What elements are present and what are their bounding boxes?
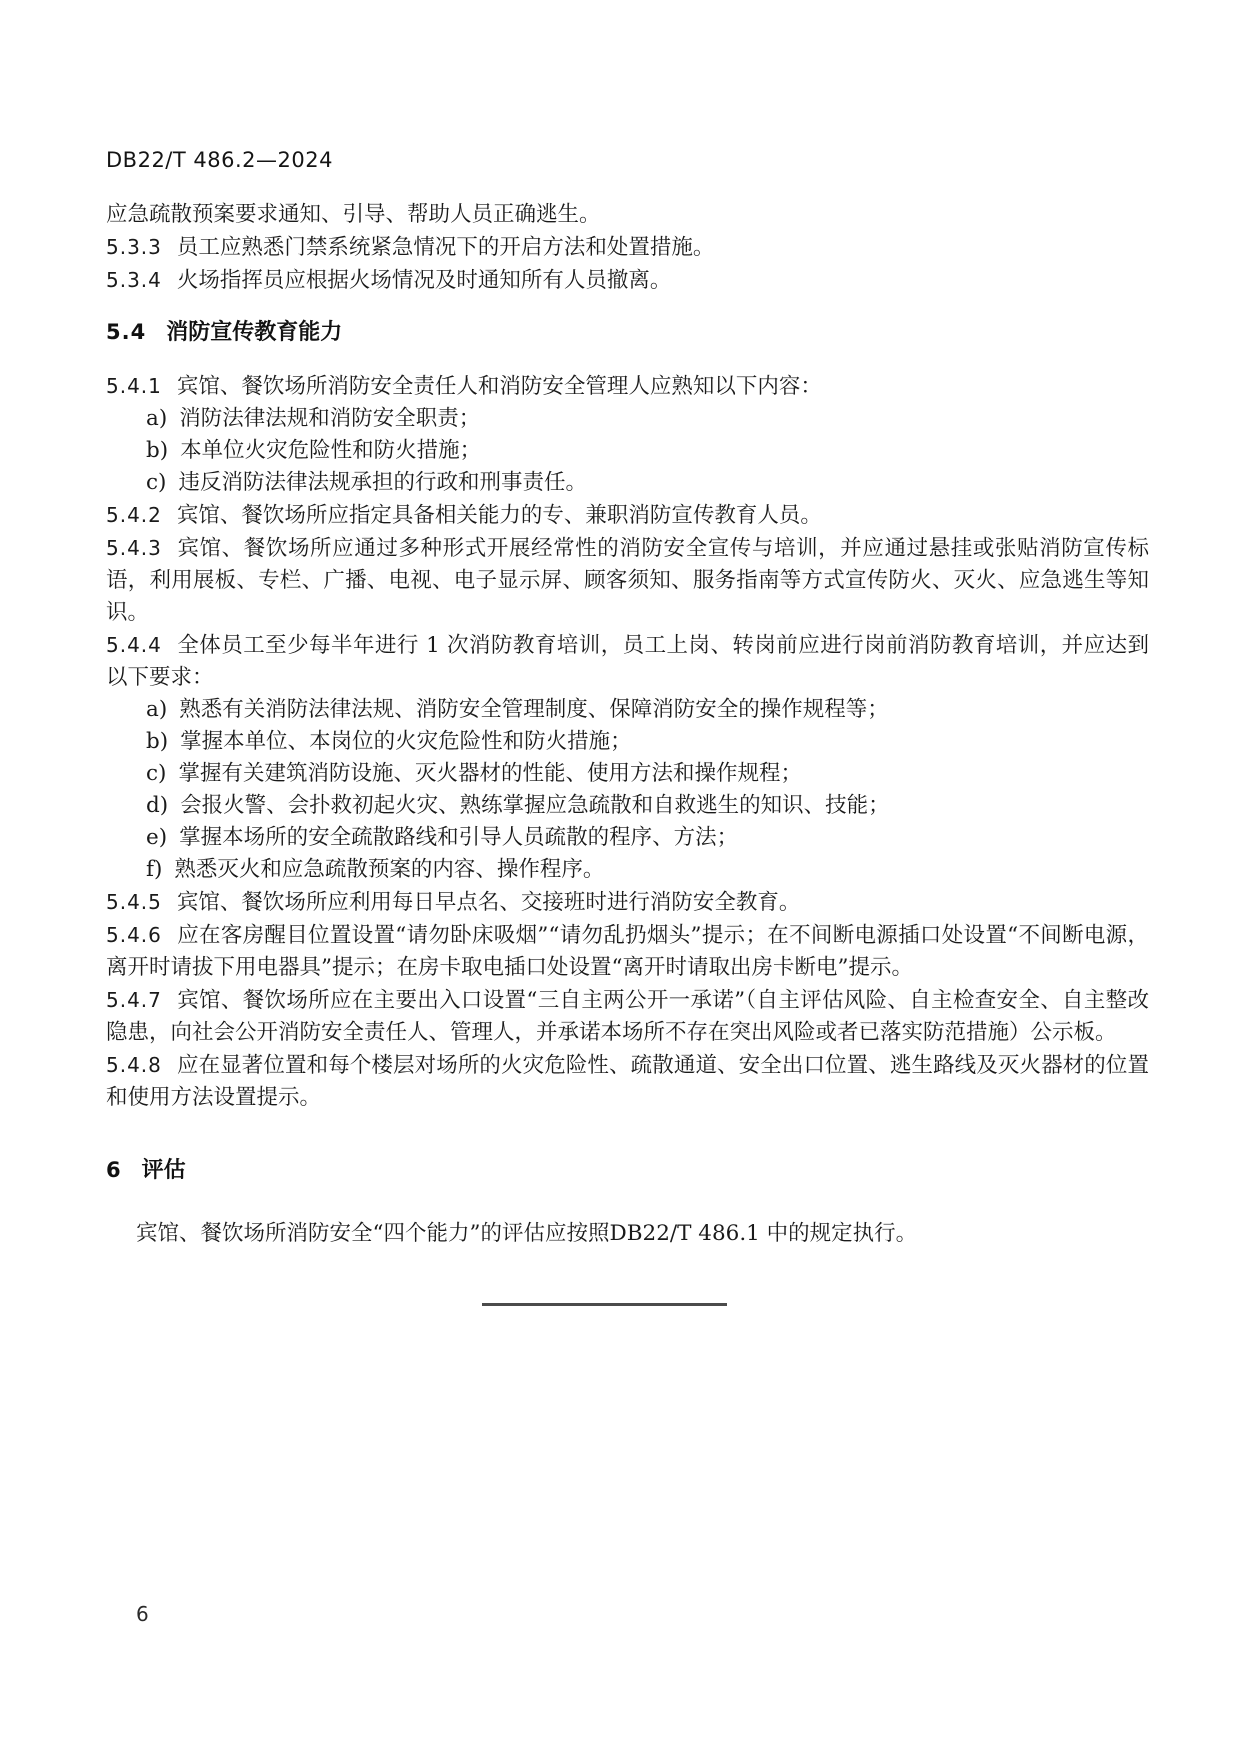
list-item-c: c)掌握有关建筑消防设施、灭火器材的性能、使用方法和操作规程； (106, 758, 1149, 790)
clause-5-4-1: 5.4.1宾馆、餐饮场所消防安全责任人和消防安全管理人应熟知以下内容： (106, 370, 1149, 403)
clause-5-4-8: 5.4.8应在显著位置和每个楼层对场所的火灾危险性、疏散通道、安全出口位置、逃生… (106, 1049, 1149, 1114)
paragraph-continuation: 应急疏散预案要求通知、引导、帮助人员正确逃生。 (106, 199, 1149, 231)
clause-number: 5.4.6 (106, 923, 162, 947)
list-letter: c) (146, 761, 166, 786)
list-letter: e) (146, 825, 167, 850)
list-text: 本单位火灾危险性和防火措施； (180, 438, 481, 463)
section-number: 5.4 (106, 320, 146, 344)
list-letter: a) (146, 406, 167, 431)
list-item-b: b)本单位火灾危险性和防火措施； (106, 435, 1149, 467)
section-number: 6 (106, 1158, 122, 1182)
document-page: DB22/T 486.2—2024 应急疏散预案要求通知、引导、帮助人员正确逃生… (0, 0, 1241, 1754)
list-text: 消防法律法规和消防安全职责； (179, 406, 480, 431)
section-heading-6: 6评估 (106, 1154, 1149, 1187)
list-text: 掌握有关建筑消防设施、灭火器材的性能、使用方法和操作规程； (178, 761, 802, 786)
page-number: 6 (136, 1602, 149, 1626)
list-letter: d) (146, 793, 168, 818)
list-item-a: a)熟悉有关消防法律法规、消防安全管理制度、保障消防安全的操作规程等； (106, 694, 1149, 726)
clause-number: 5.4.1 (106, 374, 162, 398)
list-letter: c) (146, 470, 166, 495)
clause-5-4-3: 5.4.3宾馆、餐饮场所应通过多种形式开展经常性的消防安全宣传与培训，并应通过悬… (106, 532, 1149, 629)
list-letter: b) (146, 438, 168, 463)
clause-5-4-7: 5.4.7宾馆、餐饮场所应在主要出入口设置“三自主两公开一承诺”（自主评估风险、… (106, 984, 1149, 1049)
clause-text: 宾馆、餐饮场所应指定具备相关能力的专、兼职消防宣传教育人员。 (177, 503, 822, 528)
clause-number: 5.4.5 (106, 890, 162, 914)
clause-number: 5.4.2 (106, 503, 162, 527)
clause-number: 5.4.8 (106, 1053, 162, 1077)
end-of-text-rule (482, 1303, 727, 1306)
list-item-e: e)掌握本场所的安全疏散路线和引导人员疏散的程序、方法； (106, 822, 1149, 854)
clause-5-4-6: 5.4.6应在客房醒目位置设置“请勿卧床吸烟”“请勿乱扔烟头”提示；在不间断电源… (106, 919, 1149, 984)
list-text: 熟悉有关消防法律法规、消防安全管理制度、保障消防安全的操作规程等； (179, 697, 889, 722)
list-text: 掌握本场所的安全疏散路线和引导人员疏散的程序、方法； (179, 825, 738, 850)
clause-text: 宾馆、餐饮场所应通过多种形式开展经常性的消防安全宣传与培训，并应通过悬挂或张贴消… (106, 536, 1149, 625)
clause-text: 应在显著位置和每个楼层对场所的火灾危险性、疏散通道、安全出口位置、逃生路线及灭火… (106, 1053, 1149, 1110)
clause-number: 5.4.3 (106, 536, 162, 560)
clause-text: 全体员工至少每半年进行 1 次消防教育培训，员工上岗、转岗前应进行岗前消防教育培… (106, 633, 1149, 690)
list-item-c: c)违反消防法律法规承担的行政和刑事责任。 (106, 467, 1149, 499)
list-text: 违反消防法律法规承担的行政和刑事责任。 (178, 470, 587, 495)
list-text: 掌握本单位、本岗位的火灾危险性和防火措施； (180, 729, 632, 754)
clause-text: 火场指挥员应根据火场情况及时通知所有人员撤离。 (177, 268, 672, 293)
clause-text: 应在客房醒目位置设置“请勿卧床吸烟”“请勿乱扔烟头”提示；在不间断电源插口处设置… (106, 923, 1149, 980)
clause-5-4-2: 5.4.2宾馆、餐饮场所应指定具备相关能力的专、兼职消防宣传教育人员。 (106, 499, 1149, 532)
list-letter: f) (146, 857, 162, 882)
clause-number: 5.3.4 (106, 268, 162, 292)
list-letter: b) (146, 729, 168, 754)
section-heading-5-4: 5.4消防宣传教育能力 (106, 316, 1149, 349)
list-letter: a) (146, 697, 167, 722)
clause-number: 5.4.7 (106, 988, 162, 1012)
clause-5-3-4: 5.3.4火场指挥员应根据火场情况及时通知所有人员撤离。 (106, 264, 1149, 297)
clause-number: 5.3.3 (106, 235, 162, 259)
list-item-d: d)会报火警、会扑救初起火灾、熟练掌握应急疏散和自救逃生的知识、技能； (106, 790, 1149, 822)
list-text: 熟悉灭火和应急疏散预案的内容、操作程序。 (174, 857, 604, 882)
clause-number: 5.4.4 (106, 633, 162, 657)
clause-5-4-5: 5.4.5宾馆、餐饮场所应利用每日早点名、交接班时进行消防安全教育。 (106, 886, 1149, 919)
document-content: DB22/T 486.2—2024 应急疏散预案要求通知、引导、帮助人员正确逃生… (106, 144, 1149, 1306)
clause-text: 员工应熟悉门禁系统紧急情况下的开启方法和处置措施。 (177, 235, 715, 260)
clause-text: 宾馆、餐饮场所消防安全责任人和消防安全管理人应熟知以下内容： (177, 374, 822, 399)
clause-text: 宾馆、餐饮场所应利用每日早点名、交接班时进行消防安全教育。 (177, 890, 801, 915)
paragraph-evaluation: 宾馆、餐饮场所消防安全“四个能力”的评估应按照DB22/T 486.1 中的规定… (106, 1218, 1149, 1250)
section-title: 消防宣传教育能力 (166, 320, 342, 345)
list-text: 会报火警、会扑救初起火灾、熟练掌握应急疏散和自救逃生的知识、技能； (180, 793, 890, 818)
section-title: 评估 (142, 1158, 186, 1183)
list-item-b: b)掌握本单位、本岗位的火灾危险性和防火措施； (106, 726, 1149, 758)
doc-number-header: DB22/T 486.2—2024 (106, 144, 1149, 176)
list-item-f: f)熟悉灭火和应急疏散预案的内容、操作程序。 (106, 854, 1149, 886)
clause-5-3-3: 5.3.3员工应熟悉门禁系统紧急情况下的开启方法和处置措施。 (106, 231, 1149, 264)
clause-5-4-4: 5.4.4全体员工至少每半年进行 1 次消防教育培训，员工上岗、转岗前应进行岗前… (106, 629, 1149, 694)
list-item-a: a)消防法律法规和消防安全职责； (106, 403, 1149, 435)
clause-text: 宾馆、餐饮场所应在主要出入口设置“三自主两公开一承诺”（自主评估风险、自主检查安… (106, 988, 1149, 1045)
